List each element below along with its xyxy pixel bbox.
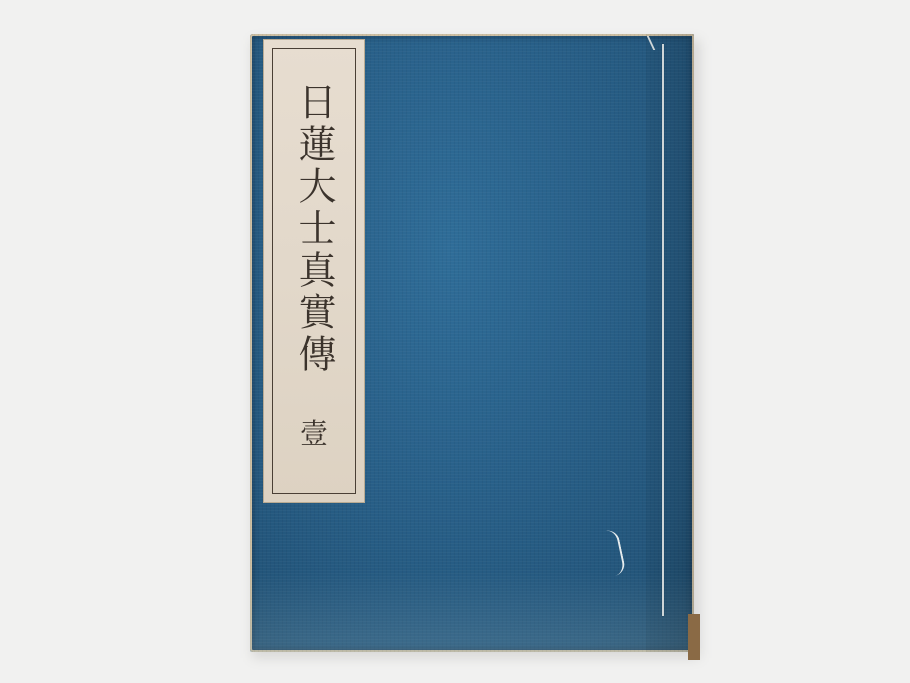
binding-edge: [646, 34, 694, 652]
binding-thread: [662, 44, 664, 616]
volume-number: 壹: [264, 412, 364, 452]
book-cover: 日蓮大士真實傳 壹: [250, 34, 694, 652]
book-title: 日蓮大士真實傳: [264, 82, 364, 376]
torn-corner: [688, 614, 700, 660]
title-label: 日蓮大士真實傳 壹: [264, 40, 364, 502]
worn-edge: [250, 572, 694, 652]
